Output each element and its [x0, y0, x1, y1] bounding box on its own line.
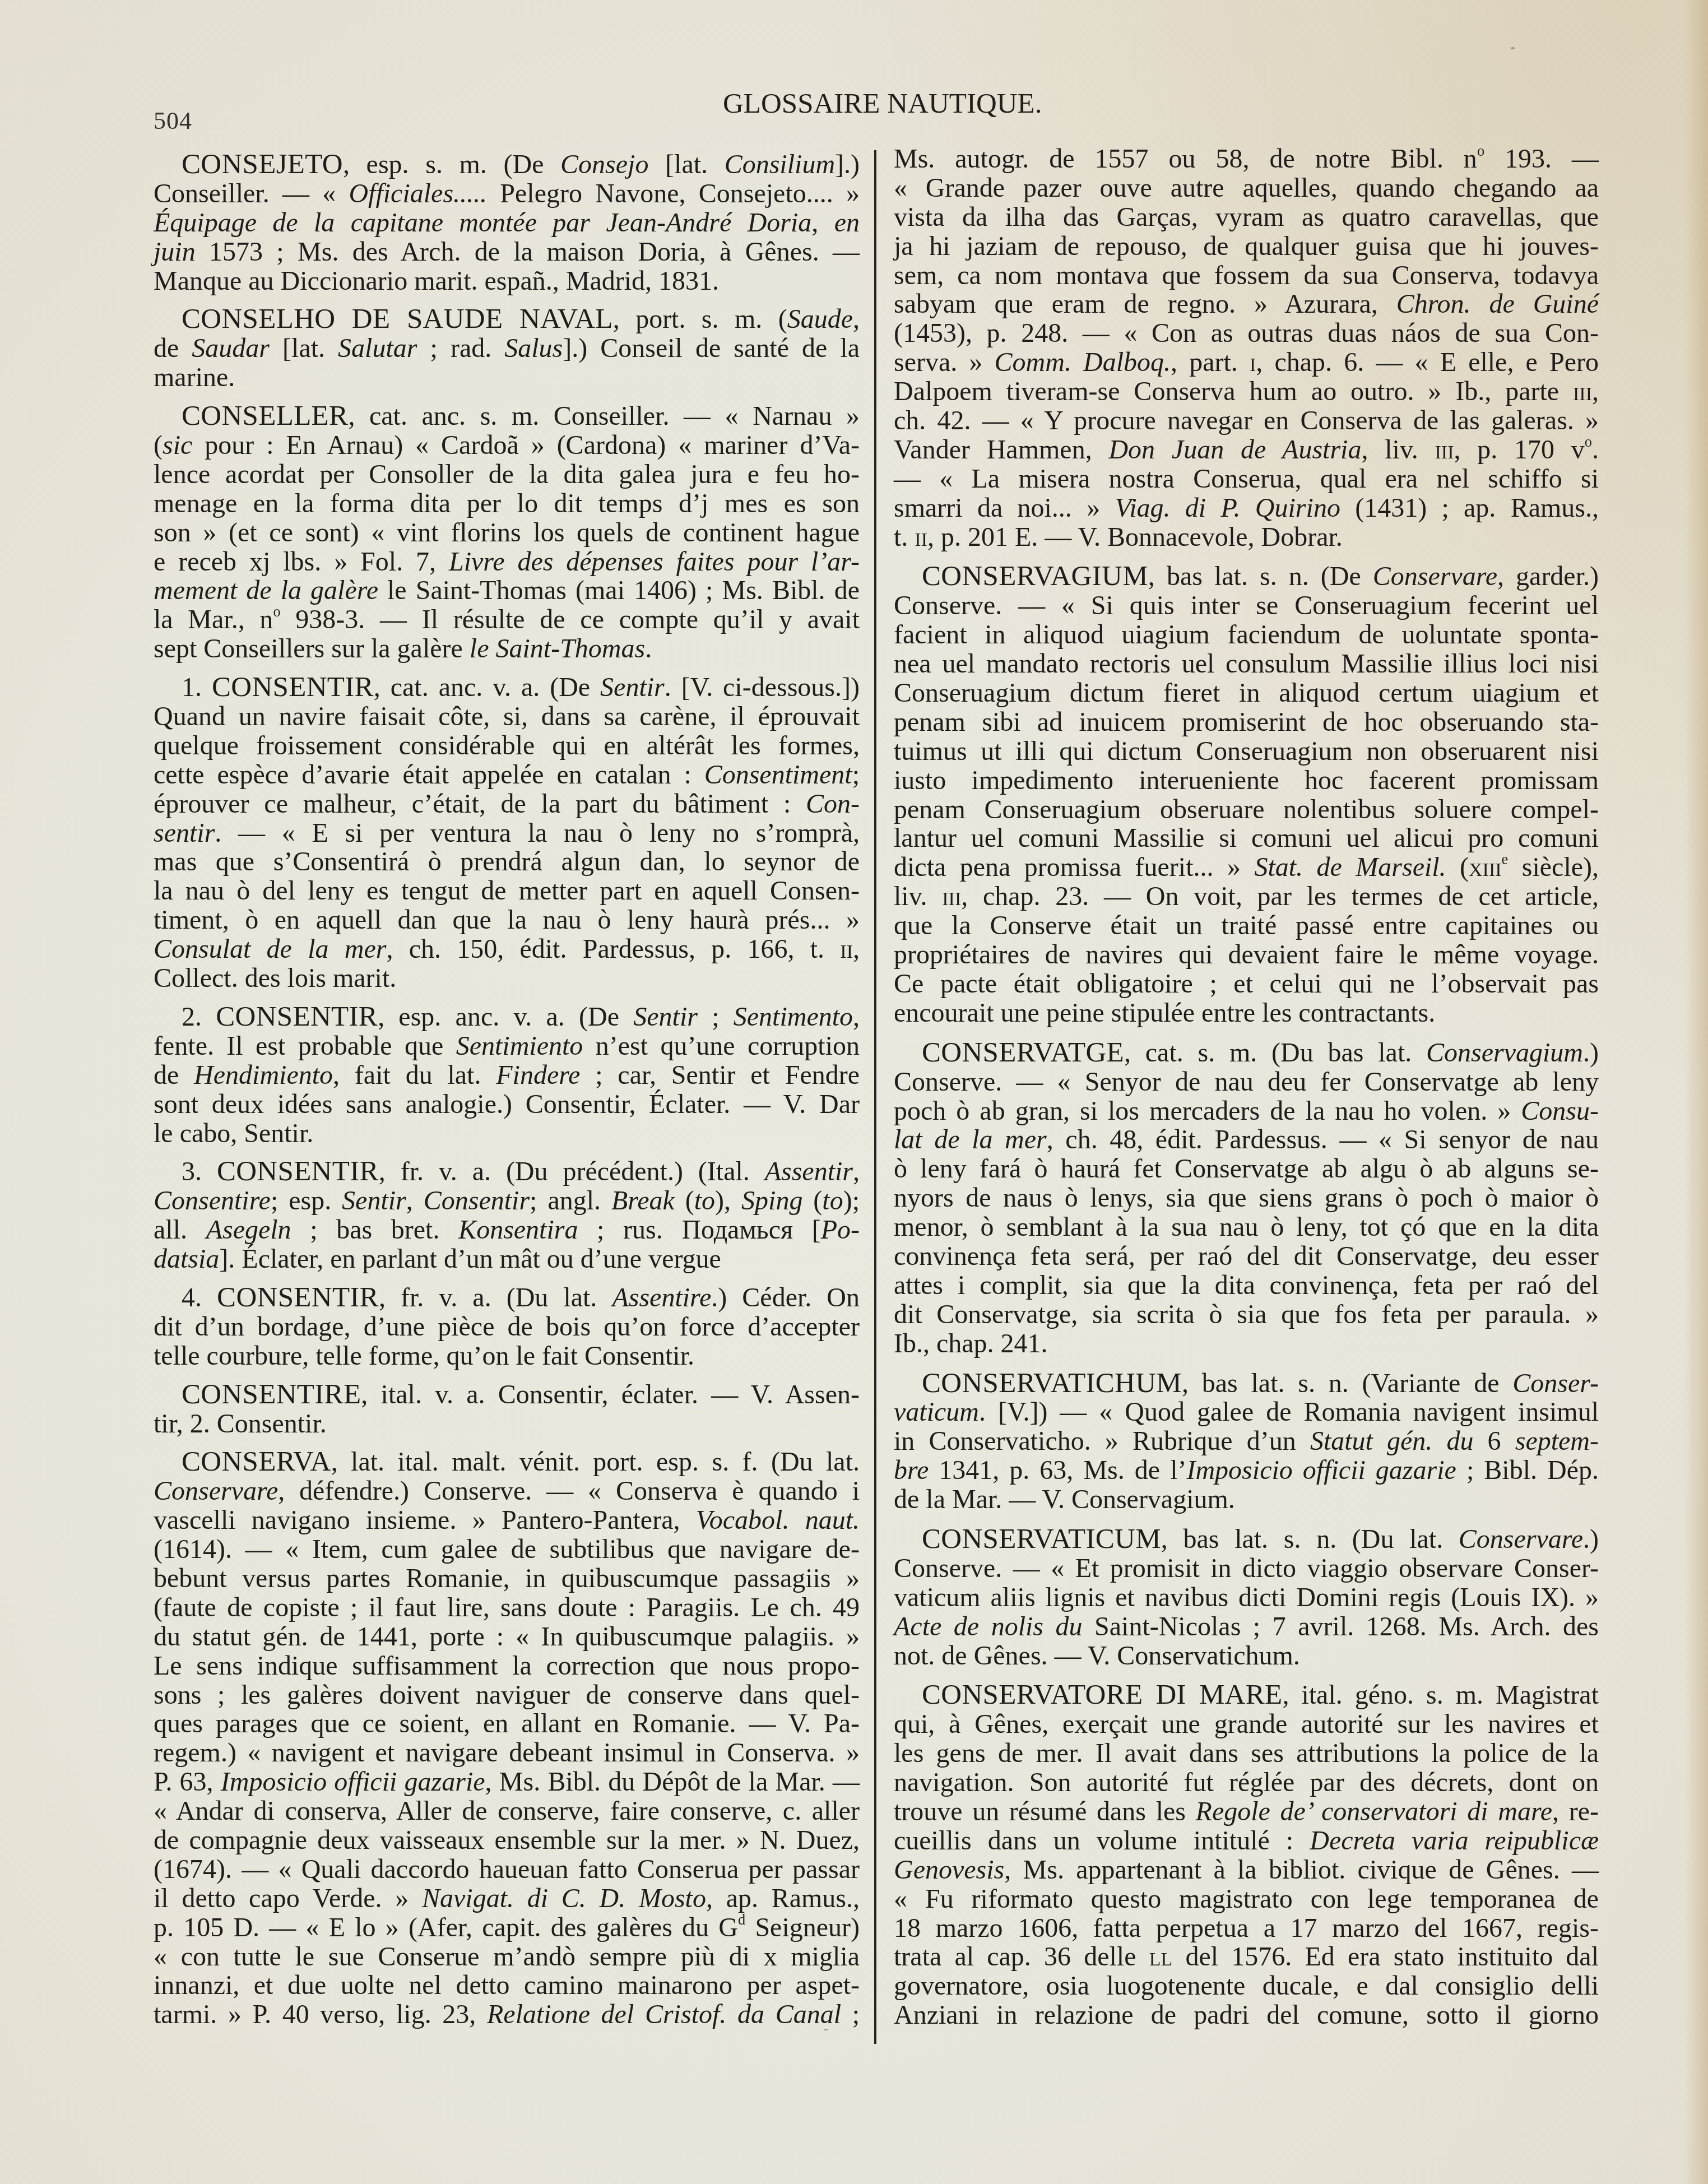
text-run: [lat.: [648, 150, 724, 179]
text-run: quelque froissement considérable qui en …: [154, 731, 860, 761]
italic-text: Sentir: [342, 1186, 406, 1216]
text-run: , ital. géno. s. m. Magistrat: [1282, 1680, 1599, 1710]
text-line: bre 1341, p. 63, Ms. de l’Imposicio offi…: [894, 1456, 1599, 1485]
text-line: dit Conservatge, sia scrita ò sia que fo…: [894, 1300, 1599, 1329]
text-run: Quand un navire faisait côte, si, dans s…: [154, 702, 860, 731]
text-run: Ib., chap. 241.: [894, 1329, 1048, 1358]
text-run: 2.: [182, 1002, 216, 1032]
text-line: Ce pacte était obligatoire ; et celui qu…: [894, 970, 1599, 999]
text-run: t.: [894, 522, 915, 552]
small-caps-numeral: i: [1250, 347, 1256, 377]
text-line: Quand un navire faisait côte, si, dans s…: [154, 702, 860, 731]
text-run: tir, 2. Consentir.: [154, 1409, 327, 1439]
text-run: tarmi. » P. 40 verso, lig. 23,: [154, 2000, 487, 2029]
text-run: );: [843, 1186, 860, 1216]
italic-text: mement de la galère: [154, 576, 378, 605]
scan-speck: [824, 2029, 828, 2030]
text-run: .: [1592, 435, 1599, 465]
text-line: ch. 42. — « Y procure navegar en Conserv…: [894, 406, 1599, 435]
superscript: o: [1477, 142, 1484, 159]
text-line: éprouver ce malheur, c’était, de la part…: [154, 790, 860, 819]
text-run: Vander Hammen,: [894, 435, 1108, 465]
text-run: Seigneur): [745, 1913, 860, 1942]
text-run: .): [1583, 1038, 1599, 1068]
italic-text: Findere: [496, 1060, 580, 1090]
text-line: Manque au Diccionario marit. españ., Mad…: [154, 267, 860, 296]
text-run: p. 105 D. — « E lo » (Afer, capit. des g…: [154, 1913, 738, 1942]
italic-text: Sentimiento: [456, 1031, 583, 1061]
text-run: penam Conseruagium obseruare nolentibus …: [894, 795, 1599, 824]
text-line: bebunt versus partes Romanie, in quibusc…: [154, 1564, 860, 1593]
text-run: .) Céder. On: [711, 1283, 860, 1313]
headword: CONSERVATICHUM: [922, 1367, 1182, 1399]
italic-text: Conser-: [1512, 1369, 1599, 1398]
text-run: . [V. ci-dessous.]): [665, 673, 860, 702]
italic-text: Asegeln: [206, 1215, 291, 1245]
text-line: sentir. — « E si per ventura la nau ò le…: [154, 819, 860, 848]
text-line: il detto capo Verde. » Navigat. di C. D.…: [154, 1884, 860, 1913]
text-run: « Andar di conserva, Aller de conserve, …: [154, 1796, 860, 1826]
text-run: Manque au Diccionario marit. españ., Mad…: [154, 266, 719, 296]
text-line: CONSELLER, cat. anc. s. m. Conseiller. —…: [154, 402, 860, 431]
text-line: qui, à Gênes, exerçait une grande autori…: [894, 1710, 1599, 1739]
text-run: [lat.: [270, 333, 338, 363]
italic-text: Équipage de la capitane montée par Jean-…: [154, 208, 811, 238]
text-run: ),: [715, 1186, 741, 1216]
text-run: nyors de naus ò lenys, sia que siens gra…: [894, 1183, 1599, 1213]
italic-text: septem-: [1515, 1426, 1599, 1456]
text-run: fente. Il est probable que: [154, 1031, 456, 1061]
text-run: ques parages que ce soient, en allant en…: [154, 1709, 860, 1738]
text-run: , Ms. Bibl. du Dépôt de la Mar. —: [485, 1767, 860, 1797]
text-run: vaticum aliis lignis et navibus dicti Do…: [894, 1583, 1599, 1612]
text-line: P. 63, Imposicio officii gazarie, Ms. Bi…: [154, 1768, 860, 1797]
text-line: Conserve. — « Et promisit in dicto viagg…: [894, 1554, 1599, 1583]
text-run: ].) Conseil de santé de la: [563, 333, 860, 363]
italic-text: Consejo: [560, 150, 648, 179]
scan-speck: [1511, 47, 1515, 49]
text-line: ques parages que ce soient, en allant en…: [154, 1709, 860, 1738]
text-line: Vander Hammen, Don Juan de Austria, liv.…: [894, 435, 1599, 465]
text-line: CONSERVATGE, cat. s. m. (Du bas lat. Con…: [894, 1038, 1599, 1068]
text-run: que la Conserve était un traité passé en…: [894, 911, 1599, 940]
text-line: (1674). — « Quali daccordo haueuan fatto…: [154, 1855, 860, 1884]
text-run: ; angl.: [530, 1186, 611, 1216]
small-caps-numeral: iii: [1573, 377, 1592, 406]
text-line: all. Asegeln ; bas bret. Konsentira ; ru…: [154, 1216, 860, 1245]
text-run: 6: [1473, 1426, 1515, 1456]
text-run: menage en la forma dita per lo dit temps…: [154, 489, 860, 518]
text-run: ,: [853, 1002, 860, 1032]
text-run: ,: [811, 208, 834, 238]
text-line: la Mar., no 938-3. — Il résulte de ce co…: [154, 605, 860, 634]
italic-text: Vocabol. naut.: [696, 1505, 860, 1535]
entry-conserva: CONSERVA, lat. ital. malt. vénit. port. …: [154, 1448, 860, 2029]
text-line: e receb xj lbs. » Fol. 7, Livre des dépe…: [154, 548, 860, 577]
text-run: (1674). — « Quali daccordo haueuan fatto…: [154, 1854, 860, 1884]
right-column: Ms. autogr. de 1557 ou 58, de notre Bibl…: [894, 145, 1599, 2030]
text-line: les gens de mer. Il avait dans ses attri…: [894, 1739, 1599, 1768]
text-run: ]. Éclater, en parlant d’un mât ou d’une…: [219, 1244, 721, 1274]
text-line: Consulat de la mer, ch. 150, édit. Parde…: [154, 935, 860, 964]
text-run: , p. 201 E. — V. Bonnacevole, Dobrar.: [927, 522, 1343, 552]
italic-text: Decreta varia reipublicæ: [1310, 1826, 1599, 1856]
text-run: de: [154, 1060, 194, 1090]
entry-consejeto: CONSEJETO, esp. s. m. (De Consejo [lat. …: [154, 150, 860, 295]
entry-consentire: CONSENTIRE, ital. v. a. Consentir, éclat…: [154, 1380, 860, 1439]
text-run: .): [1583, 1524, 1599, 1554]
entry-continuation: Ms. autogr. de 1557 ou 58, de notre Bibl…: [894, 145, 1599, 551]
text-line: tarmi. » P. 40 verso, lig. 23, Relatione…: [154, 2000, 860, 2029]
text-run: cette espèce d’avarie était appelée en c…: [154, 760, 704, 790]
text-line: trouve un résumé dans les Regole de’ con…: [894, 1797, 1599, 1826]
text-run: timent, ò en aquell dan que la nau ò len…: [154, 905, 860, 935]
text-line: de la Mar. — V. Conservagium.: [894, 1485, 1599, 1514]
italic-text: Imposicio officii gazarie: [1186, 1455, 1456, 1485]
text-run: le cabo, Sentir.: [154, 1119, 313, 1148]
text-run: de: [154, 333, 192, 363]
text-line: fente. Il est probable que Sentimiento n…: [154, 1032, 860, 1061]
entry-conservatichum: CONSERVATICHUM, bas lat. s. n. (Variante…: [894, 1369, 1599, 1514]
text-run: del 1576. Ed era stato instituito dal: [1172, 1942, 1599, 1972]
text-run: ,: [853, 304, 860, 334]
text-run: trouve un résumé dans les: [894, 1797, 1196, 1826]
text-line: Le sens indique suffisamment la correcti…: [154, 1652, 860, 1681]
text-run: ,: [406, 1186, 424, 1216]
text-run: cueillis dans un volume intitulé :: [894, 1826, 1310, 1856]
text-run: , fr. v. a. (Du précédent.) (Ital.: [379, 1157, 765, 1186]
italic-text: sic: [163, 430, 192, 460]
text-run: ;: [852, 760, 860, 790]
text-line: in Conservaticho. » Rubrique d’un Statut…: [894, 1427, 1599, 1456]
text-line: innanzi, et due uolte nel detto camino m…: [154, 1971, 860, 2000]
text-run: , fr. v. a. (Du lat.: [379, 1283, 612, 1313]
text-run: dit d’un bordage, d’une pièce de bois qu…: [154, 1312, 860, 1342]
text-run: ,: [1592, 377, 1599, 406]
italic-text: Relatione del Cristof. da Canal: [487, 2000, 841, 2029]
text-line: « Fu riformato questo magistrato con leg…: [894, 1885, 1599, 1914]
italic-text: Sentir: [633, 1002, 698, 1032]
text-run: Conserve. — « Si quis inter se Conseruag…: [894, 591, 1599, 620]
superscript: o: [1585, 433, 1592, 450]
text-line: Ib., chap. 241.: [894, 1329, 1599, 1358]
italic-text: Navigat. di C. D. Mosto: [422, 1884, 706, 1913]
text-run: vascelli navigano insieme. » Pantero-Pan…: [154, 1505, 696, 1535]
text-line: encourait une peine stipulée entre les c…: [894, 999, 1599, 1028]
text-run: telle courbure, telle forme, qu’on le fa…: [154, 1341, 694, 1371]
text-line: governatore, osia luogotenente ducale, e…: [894, 1972, 1599, 2001]
text-run: Dalpoem tiveram-se Conserva hum ao outro…: [894, 377, 1573, 406]
italic-text: Break: [611, 1186, 675, 1216]
text-run: , re-: [1552, 1797, 1599, 1826]
text-run: le Saint-Thomas (mai 1406) ; Ms. Bibl. d…: [378, 576, 860, 605]
text-line: Collect. des lois marit.: [154, 964, 860, 993]
text-run: (1453), p. 248. — « Con as outras duas n…: [894, 318, 1599, 348]
running-title: GLOSSAIRE NAUTIQUE.: [723, 90, 1042, 118]
text-run: , fait du lat.: [333, 1060, 496, 1090]
text-line: Conservare, défendre.) Conserve. — « Con…: [154, 1477, 860, 1506]
text-run: son » (et ce sont) « vint florins los qu…: [154, 518, 860, 548]
text-line: timent, ò en aquell dan que la nau ò len…: [154, 906, 860, 935]
italic-text: Imposicio officii gazarie: [221, 1767, 485, 1797]
text-run: , bas lat. s. n. (Variante de: [1182, 1369, 1512, 1398]
headword: CONSENTIR: [216, 1001, 378, 1032]
italic-text: le Saint-Thomas: [470, 634, 645, 664]
text-run: , chap. 23. — On voit, par les termes de…: [961, 882, 1599, 911]
text-line: regem.) « navigent et navigare debeant i…: [154, 1738, 860, 1768]
text-run: governatore, osia luogotenente ducale, e…: [894, 1971, 1599, 2001]
italic-text: Acte de nolis du: [894, 1612, 1083, 1642]
text-line: lantur uel comuni Massilie si comuni uel…: [894, 824, 1599, 853]
text-run: Conserve. — « Et promisit in dicto viagg…: [894, 1554, 1599, 1583]
text-line: Conseiller. — « Officiales..... Pelegro …: [154, 179, 860, 208]
italic-text: Saudar: [192, 333, 270, 363]
text-run: 18 marzo 1606, fatta perpetua a 17 marzo…: [894, 1913, 1599, 1943]
text-line: trata al cap. 36 delle ll del 1576. Ed e…: [894, 1942, 1599, 1972]
text-line: mas que s’Consentirá ò prendrá algun dan…: [154, 847, 860, 877]
headword: CONSELHO DE SAUDE NAVAL: [182, 303, 613, 335]
entry-conservatge: CONSERVATGE, cat. s. m. (Du bas lat. Con…: [894, 1038, 1599, 1358]
small-caps-numeral: iii: [942, 882, 961, 911]
italic-text: Po-: [821, 1215, 860, 1245]
text-line: ja hi jaziam de repouso, de qualquer gui…: [894, 232, 1599, 261]
text-run: (: [802, 1186, 822, 1216]
text-run: Conseiller. — «: [154, 179, 349, 208]
text-line: quelque froissement considérable qui en …: [154, 731, 860, 761]
text-run: in Conservaticho. » Rubrique d’un: [894, 1426, 1310, 1456]
text-run: ; Bibl. Dép.: [1456, 1455, 1599, 1485]
text-run: 1.: [182, 673, 212, 702]
text-run: . — « E si per ventura la nau ò leny no …: [215, 818, 860, 848]
text-run: , esp. s. m. (De: [343, 150, 560, 179]
text-line: datsia]. Éclater, en parlant d’un mât ou…: [154, 1245, 860, 1274]
text-run: n’est qu’une corruption: [583, 1031, 860, 1061]
italic-text: Chron. de Guiné: [1396, 289, 1599, 319]
italic-text: Con-: [806, 789, 860, 819]
text-line: Ms. autogr. de 1557 ou 58, de notre Bibl…: [894, 145, 1599, 174]
text-line: tir, 2. Consentir.: [154, 1409, 860, 1439]
text-line: Dalpoem tiveram-se Conserva hum ao outro…: [894, 377, 1599, 406]
text-line: 4. CONSENTIR, fr. v. a. (Du lat. Assenti…: [154, 1283, 860, 1313]
text-line: ò leny fará ò haurá fet Conservatge ab a…: [894, 1154, 1599, 1184]
text-line: sabyam que eram de regno. » Azurara, Chr…: [894, 290, 1599, 319]
text-run: Ce pacte était obligatoire ; et celui qu…: [894, 969, 1599, 999]
text-run: (1431) ; ap. Ramus.,: [1340, 493, 1599, 523]
italic-text: Assentir: [765, 1157, 853, 1186]
text-line: menor, ò semblant à la sua nau ò leny, t…: [894, 1213, 1599, 1242]
text-line: de Hendimiento, fait du lat. Findere ; c…: [154, 1061, 860, 1090]
text-run: mas que s’Consentirá ò prendrá algun dan…: [154, 847, 860, 877]
text-line: lat de la mer, ch. 48, édit. Pardessus. …: [894, 1125, 1599, 1154]
text-line: que la Conserve était un traité passé en…: [894, 911, 1599, 940]
italic-text: Hendimiento: [194, 1060, 333, 1090]
italic-text: bre: [894, 1455, 929, 1485]
text-run: , cat. s. m. (Du bas lat.: [1124, 1038, 1426, 1068]
text-run: sons ; les galères doivent naviguer de c…: [154, 1680, 860, 1710]
italic-text: sentir: [154, 818, 215, 848]
text-run: iusto impedimento interueniente hoc face…: [894, 766, 1599, 795]
text-run: menor, ò semblant à la sua nau ò leny, t…: [894, 1212, 1599, 1242]
italic-text: Genovesis: [894, 1855, 1004, 1885]
headword: CONSENTIR: [212, 671, 374, 703]
text-line: CONSERVAGIUM, bas lat. s. n. (De Conserv…: [894, 562, 1599, 591]
text-line: le cabo, Sentir.: [154, 1119, 860, 1148]
text-run: ,: [853, 1157, 860, 1186]
text-run: lence acordat per Consoller de la dita g…: [154, 460, 860, 489]
text-line: juin 1573 ; Ms. des Arch. de la maison D…: [154, 238, 860, 267]
italic-text: Comm. Dalboq.: [995, 347, 1171, 377]
text-run: la nau ò del leny es tengut de metter pa…: [154, 876, 860, 906]
superscript: e: [1502, 851, 1509, 868]
text-run: 938-3. — Il résulte de ce compte qu’il y…: [281, 605, 860, 634]
italic-text: Salus: [504, 333, 563, 363]
text-run: navigation. Son autorité fut réglée par …: [894, 1768, 1599, 1797]
italic-text: Viag. di P. Quirino: [1115, 493, 1340, 523]
text-run: Conseruagium dictum fieret in aliquod ce…: [894, 678, 1599, 708]
text-line: sept Conseillers sur la galère le Saint-…: [154, 634, 860, 664]
text-line: Consentire; esp. Sentir, Consentir; angl…: [154, 1186, 860, 1216]
text-line: penam Conseruagium obseruare nolentibus …: [894, 795, 1599, 824]
text-run: serva. »: [894, 347, 995, 377]
text-line: iusto impedimento interueniente hoc face…: [894, 766, 1599, 795]
text-run: , garder.): [1497, 562, 1599, 591]
entry-consentir-3: 3. CONSENTIR, fr. v. a. (Du précédent.) …: [154, 1157, 860, 1274]
text-line: (1614). — « Item, cum galee de subtilibu…: [154, 1535, 860, 1564]
text-run: Saint-Nicolas ; 7 avril. 1268. Ms. Arch.…: [1083, 1612, 1599, 1642]
text-line: cueillis dans un volume intitulé : Decre…: [894, 1826, 1599, 1856]
headword: CONSEJETO: [182, 149, 343, 180]
text-run: , esp. anc. v. a. (De: [378, 1002, 633, 1032]
text-line: convinença feta será, per raó del dit Co…: [894, 1242, 1599, 1271]
italic-text: lat de la mer: [894, 1125, 1047, 1154]
text-line: p. 105 D. — « E lo » (Afer, capit. des g…: [154, 1913, 860, 1942]
text-run: propriétaires de navires qui devaient fa…: [894, 940, 1599, 970]
italic-text: Stat. de Marseil.: [1254, 852, 1446, 882]
headword: CONSENTIR: [217, 1282, 379, 1313]
italic-text: Conservagium: [1426, 1038, 1583, 1068]
text-line: la nau ò del leny es tengut de metter pa…: [154, 877, 860, 906]
small-caps-numeral: ii: [915, 522, 927, 552]
italic-text: Livre des dépenses faites pour l’ar-: [449, 547, 860, 577]
text-run: ; car, Sentir et Fendre: [580, 1060, 860, 1090]
text-line: facient in aliquod uiagium faciendum de …: [894, 620, 1599, 650]
italic-text: Consilium: [725, 150, 835, 179]
text-run: , cat. anc. s. m. Conseiller. — « Narnau…: [348, 401, 860, 431]
headword: CONSERVATORE DI MARE: [922, 1679, 1282, 1710]
text-line: tuimus ut illi qui dictum Conseruagium n…: [894, 737, 1599, 766]
small-caps-numeral: xiii: [1469, 852, 1502, 882]
text-line: nyors de naus ò lenys, sia que siens gra…: [894, 1184, 1599, 1213]
text-line: (faute de copiste ; il faut lire, sans d…: [154, 1593, 860, 1622]
text-run: attes i complit, sia que la dita convine…: [894, 1270, 1599, 1300]
text-line: marine.: [154, 363, 860, 392]
text-run: , défendre.) Conserve. — « Conserva è qu…: [278, 1476, 860, 1506]
italic-text: Assentire: [612, 1283, 711, 1313]
text-run: (1614). — « Item, cum galee de subtilibu…: [154, 1534, 860, 1564]
text-line: « Andar di conserva, Aller de conserve, …: [154, 1797, 860, 1826]
text-run: ;: [698, 1002, 734, 1032]
text-run: liv.: [894, 882, 942, 911]
italic-text: Sentir: [600, 673, 665, 702]
text-line: vascelli navigano insieme. » Pantero-Pan…: [154, 1506, 860, 1535]
italic-text: Konsentira: [458, 1215, 578, 1245]
text-line: « con tutte le sue Conserue m’andò sempr…: [154, 1942, 860, 1972]
text-run: convinença feta será, per raó del dit Co…: [894, 1241, 1599, 1271]
text-run: la Mar., n: [154, 605, 273, 634]
text-line: CONSELHO DE SAUDE NAVAL, port. s. m. (Sa…: [154, 305, 860, 334]
text-line: dicta pena promissa fuerit... » Stat. de…: [894, 853, 1599, 882]
text-run: , ap. Ramus.,: [706, 1884, 860, 1913]
text-run: de compagnie deux vaisseaux ensemble sur…: [154, 1825, 860, 1855]
text-run: not. de Gênes. — V. Conservatichum.: [894, 1641, 1300, 1671]
italic-text: Don Juan de Austria: [1108, 435, 1361, 465]
italic-text: to: [822, 1186, 843, 1216]
text-run: , lat. ital. malt. vénit. port. esp. s. …: [331, 1447, 860, 1477]
text-line: 18 marzo 1606, fatta perpetua a 17 marzo…: [894, 1914, 1599, 1943]
superscript: d: [738, 1911, 745, 1928]
entry-conservatore-di-mare: CONSERVATORE DI MARE, ital. géno. s. m. …: [894, 1681, 1599, 2030]
italic-text: Consu-: [1521, 1096, 1599, 1126]
text-line: vista da ilha das Garças, vyram as quatr…: [894, 203, 1599, 232]
text-run: , ital. v. a. Consentir, éclater. — V. A…: [361, 1380, 860, 1409]
text-run: ; esp.: [271, 1186, 342, 1216]
text-line: attes i complit, sia que la dita convine…: [894, 1271, 1599, 1300]
text-run: innanzi, et due uolte nel detto camino m…: [154, 1970, 860, 2000]
text-run: encourait une peine stipulée entre les c…: [894, 998, 1435, 1028]
headword: CONSERVATICUM: [922, 1523, 1161, 1555]
text-run: « Grande pazer ouve autre aquelles, quan…: [894, 173, 1599, 203]
text-run: , port. s. m. (: [613, 304, 787, 334]
text-line: de Saudar [lat. Salutar ; rad. Salus].) …: [154, 334, 860, 363]
text-run: vista da ilha das Garças, vyram as quatr…: [894, 202, 1599, 232]
text-run: ; bas bret.: [291, 1215, 459, 1245]
text-line: CONSEJETO, esp. s. m. (De Consejo [lat. …: [154, 150, 860, 179]
italic-text: Officiales.....: [349, 179, 487, 208]
italic-text: Saude: [787, 304, 853, 334]
text-line: mement de la galère le Saint-Thomas (mai…: [154, 576, 860, 605]
text-run: dicta pena promissa fuerit... »: [894, 852, 1254, 882]
headword: CONSELLER: [182, 400, 348, 432]
entry-consentir-4: 4. CONSENTIR, fr. v. a. (Du lat. Assenti…: [154, 1283, 860, 1371]
column-divider: [874, 150, 876, 2044]
entry-conseller: CONSELLER, cat. anc. s. m. Conseiller. —…: [154, 402, 860, 664]
text-run: lantur uel comuni Massilie si comuni uel…: [894, 823, 1599, 853]
text-run: (: [675, 1186, 694, 1216]
text-run: Anziani in relazione de padri del comune…: [894, 2000, 1599, 2030]
text-line: 3. CONSENTIR, fr. v. a. (Du précédent.) …: [154, 1157, 860, 1186]
text-run: les gens de mer. Il avait dans ses attri…: [894, 1738, 1599, 1768]
text-run: de la Mar. — V. Conservagium.: [894, 1485, 1235, 1514]
text-run: qui, à Gênes, exerçait une grande autori…: [894, 1709, 1599, 1739]
text-run: sont deux idées sans analogie.) Consenti…: [154, 1089, 860, 1119]
headword: CONSERVATGE: [922, 1037, 1124, 1068]
text-line: CONSERVATICHUM, bas lat. s. n. (Variante…: [894, 1369, 1599, 1398]
text-line: telle courbure, telle forme, qu’on le fa…: [154, 1342, 860, 1371]
text-line: Conserve. — « Si quis inter se Conseruag…: [894, 591, 1599, 620]
text-run: sem, ca nom montava que fossem da sua Co…: [894, 261, 1599, 290]
italic-text: Consentir: [424, 1186, 530, 1216]
text-run: penam sibi ad inuicem promiserint de hoc…: [894, 707, 1599, 737]
text-run: poch ò ab gran, si los mercaders de la n…: [894, 1096, 1521, 1126]
text-run: ja hi jaziam de repouso, de qualquer gui…: [894, 231, 1599, 261]
italic-text: Consulat de la mer: [154, 934, 386, 964]
text-run: nea uel mandato rectoris uel consulum Ma…: [894, 649, 1599, 679]
text-line: dit d’un bordage, d’une pièce de bois qu…: [154, 1313, 860, 1342]
italic-text: Conservare: [1459, 1524, 1583, 1554]
text-line: CONSERVATORE DI MARE, ital. géno. s. m. …: [894, 1681, 1599, 1710]
text-run: il detto capo Verde. »: [154, 1884, 422, 1913]
text-line: de compagnie deux vaisseaux ensemble sur…: [154, 1826, 860, 1855]
